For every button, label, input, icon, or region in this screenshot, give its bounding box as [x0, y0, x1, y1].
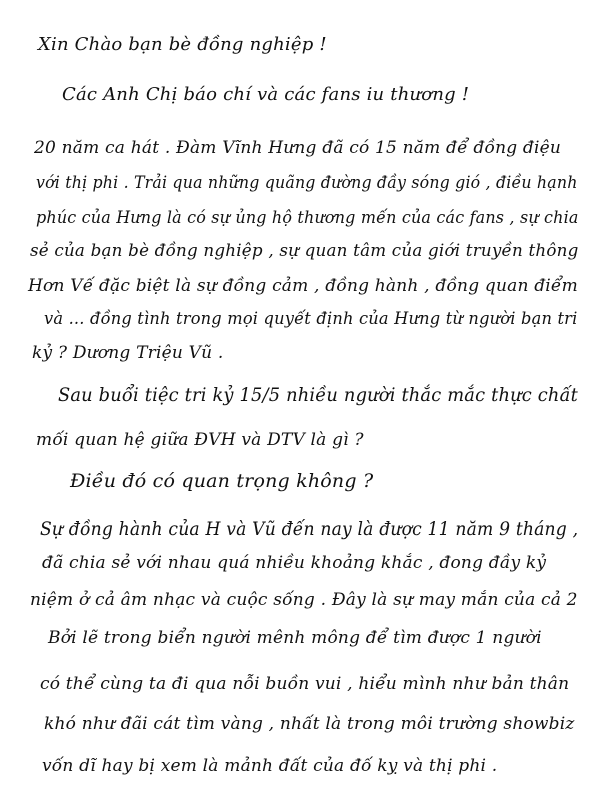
letter-paragraph-3-line: niệm ở cả âm nhạc và cuộc sống . Đây là … — [30, 592, 578, 609]
letter-paragraph-1-line: sẻ của bạn bè đồng nghiệp , sự quan tâm … — [30, 243, 579, 260]
letter-paragraph-1-line: phúc của Hưng là có sự ủng hộ thương mến… — [36, 210, 579, 227]
letter-paragraph-3-line: có thể cùng ta đi qua nỗi buồn vui , hiể… — [40, 676, 569, 693]
letter-paragraph-3-line: Bởi lẽ trong biển người mênh mông để tìm… — [48, 630, 542, 647]
letter-paragraph-1-line: 20 năm ca hát . Đàm Vĩnh Hưng đã có 15 n… — [34, 140, 561, 157]
letter-paragraph-3-line: vốn dĩ hay bị xem là mảnh đất của đố kỵ … — [42, 758, 497, 775]
handwritten-letter-page: Xin Chào bạn bè đồng nghiệp ! Các Anh Ch… — [0, 0, 600, 800]
letter-paragraph-3-line: Sự đồng hành của H và Vũ đến nay là được… — [40, 520, 578, 539]
letter-paragraph-3-line: khó như đãi cát tìm vàng , nhất là trong… — [44, 716, 575, 733]
letter-paragraph-1-line: kỷ ? Dương Triệu Vũ . — [32, 345, 223, 362]
letter-paragraph-2-line: Điều đó có quan trọng không ? — [70, 472, 373, 491]
letter-paragraph-1-line: và ... đồng tình trong mọi quyết định củ… — [44, 311, 578, 328]
letter-greeting-line: Xin Chào bạn bè đồng nghiệp ! — [38, 36, 327, 54]
letter-paragraph-3-line: đã chia sẻ với nhau quá nhiều khoảng khắ… — [42, 555, 546, 572]
letter-paragraph-1-line: với thị phi . Trải qua những quãng đường… — [36, 175, 578, 192]
letter-paragraph-1-line: Hơn Vế đặc biệt là sự đồng cảm , đồng hà… — [28, 278, 578, 295]
letter-paragraph-2-line: Sau buổi tiệc tri kỷ 15/5 nhiều người th… — [58, 386, 578, 405]
letter-greeting-line: Các Anh Chị báo chí và các fans iu thươn… — [62, 86, 469, 104]
letter-paragraph-2-line: mối quan hệ giữa ĐVH và DTV là gì ? — [36, 432, 364, 449]
